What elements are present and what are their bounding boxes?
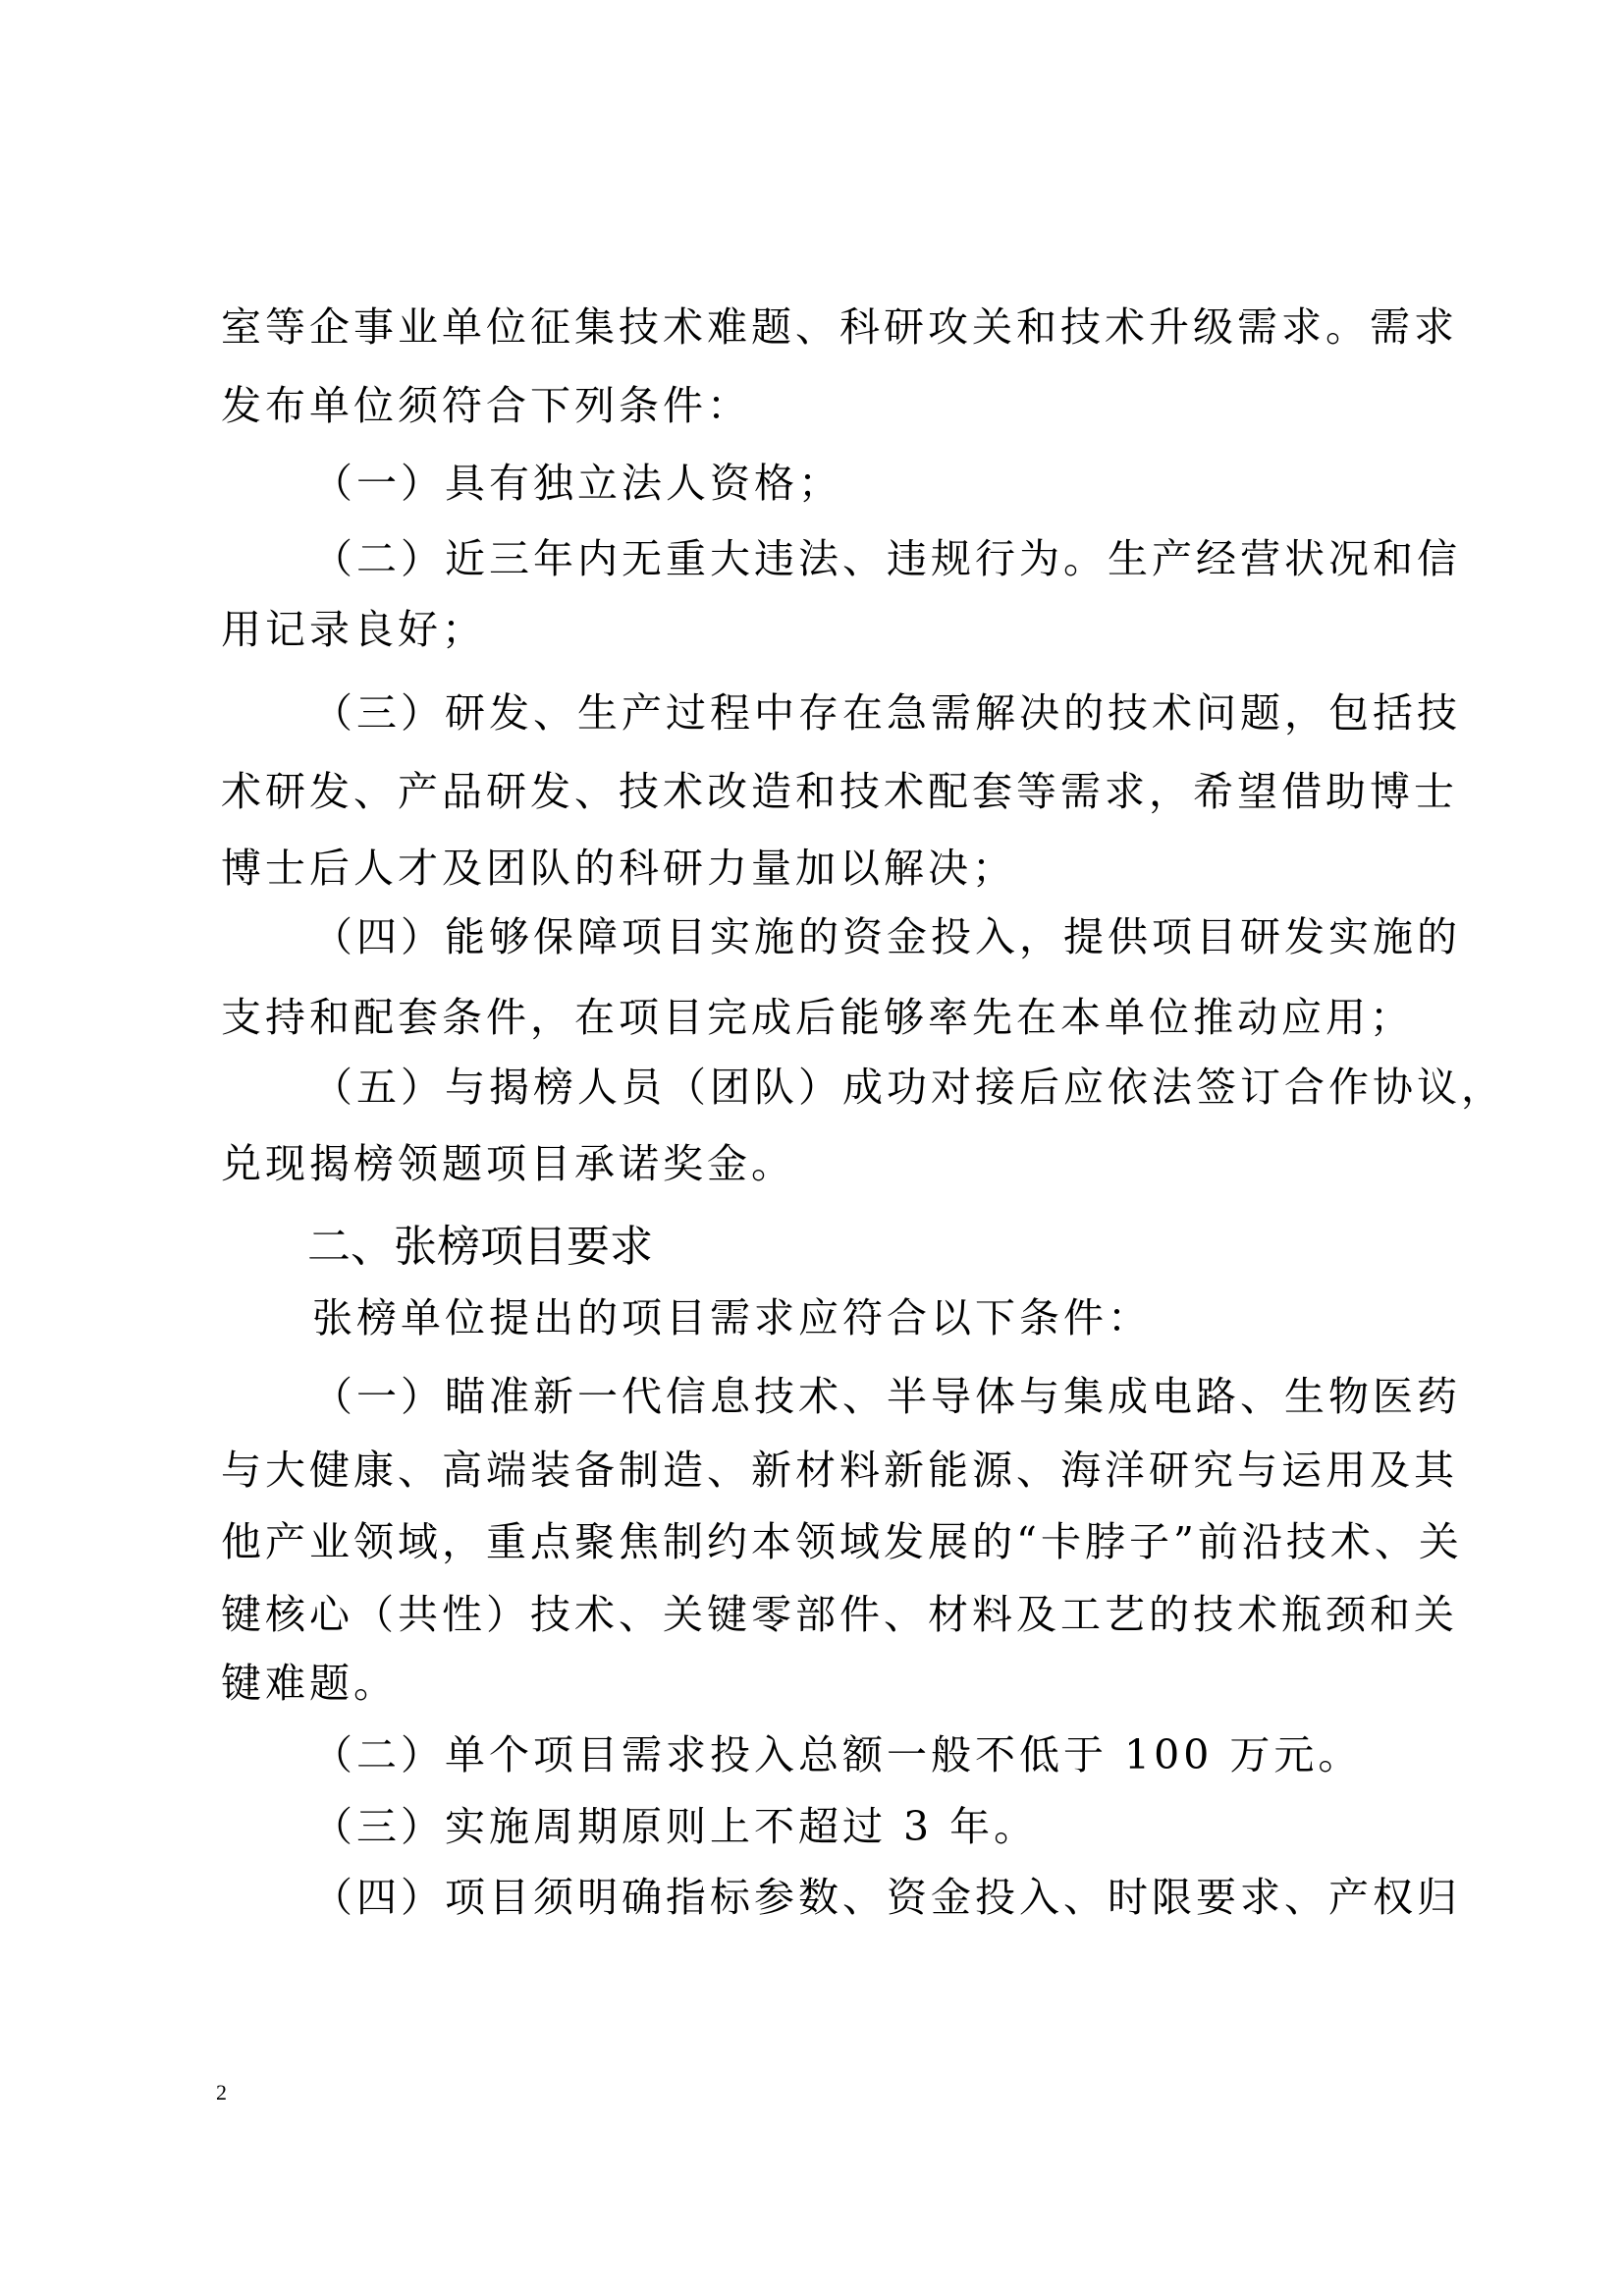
condition-3-line: 术研发、产品研发、技术改造和技术配套等需求，希望借助博士 xyxy=(221,768,1424,815)
paragraph-line: 发布单位须符合下列条件： xyxy=(221,382,751,429)
page-number: 2 xyxy=(216,2080,227,2105)
condition-5-line: 兑现揭榜领题项目承诺奖金。 xyxy=(221,1140,795,1187)
requirement-1-line: 键难题。 xyxy=(221,1660,398,1707)
condition-1-line: （一）具有独立法人资格； xyxy=(312,460,842,507)
section-intro-line: 张榜单位提出的项目需求应符合以下条件： xyxy=(312,1294,1152,1341)
condition-2-line: 用记录良好； xyxy=(221,606,486,653)
document-page: 室等企事业单位征集技术难题、科研攻关和技术升级需求。需求 发布单位须符合下列条件… xyxy=(0,0,1623,2296)
requirement-1-line: 与大健康、高端装备制造、新材料新能源、海洋研究与运用及其 xyxy=(221,1447,1424,1494)
requirement-1-line: 键核心（共性）技术、关键零部件、材料及工艺的技术瓶颈和关 xyxy=(221,1591,1424,1638)
section-heading: 二、张榜项目要求 xyxy=(307,1222,653,1273)
condition-5-line: （五）与揭榜人员（团队）成功对接后应依法签订合作协议， xyxy=(312,1064,1424,1111)
requirement-3-line: （三）实施周期原则上不超过 3 年。 xyxy=(312,1803,1038,1850)
condition-3-line: 博士后人才及团队的科研力量加以解决； xyxy=(221,845,1016,892)
requirement-2-line: （二）单个项目需求投入总额一般不低于 100 万元。 xyxy=(312,1731,1362,1778)
condition-2-line: （二）近三年内无重大违法、违规行为。生产经营状况和信 xyxy=(312,535,1424,582)
requirement-1-line: （一）瞄准新一代信息技术、半导体与集成电路、生物医药 xyxy=(312,1373,1424,1420)
paragraph-line: 室等企事业单位征集技术难题、科研攻关和技术升级需求。需求 xyxy=(221,303,1424,351)
requirement-1-line: 他产业领域，重点聚焦制约本领域发展的“卡脖子”前沿技术、关 xyxy=(221,1518,1424,1565)
condition-3-line: （三）研发、生产过程中存在急需解决的技术问题，包括技 xyxy=(312,689,1424,737)
requirement-4-line: （四）项目须明确指标参数、资金投入、时限要求、产权归 xyxy=(312,1874,1424,1921)
condition-4-line: 支持和配套条件，在项目完成后能够率先在本单位推动应用； xyxy=(221,994,1414,1041)
condition-4-line: （四）能够保障项目实施的资金投入，提供项目研发实施的 xyxy=(312,913,1424,960)
